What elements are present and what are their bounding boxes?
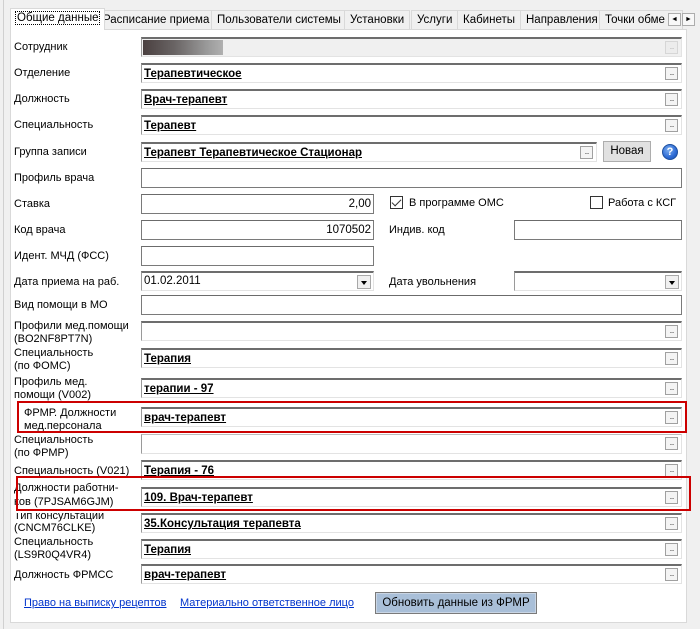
frmss-position-field[interactable]: врач-терапевт ... — [141, 564, 682, 584]
specialty-ls9-label-2: (LS9R0Q4VR4) — [14, 549, 91, 561]
specialty-field[interactable]: Терапевт ... — [141, 115, 682, 135]
consultation-type-lookup-button[interactable]: ... — [665, 517, 678, 530]
worker-positions-field[interactable]: 109. Врач-терапевт ... — [141, 487, 682, 507]
worker-positions-label-2: ков (7PJSAM6GJM) — [14, 496, 113, 508]
department-field[interactable]: Терапевтическое ... — [141, 63, 682, 83]
care-profiles-label-2: (BO2NF8PT7N) — [14, 333, 92, 345]
record-group-value: Терапевт Терапевтическое Стационар — [144, 146, 362, 160]
specialty-frmr-label-2: (по ФРМР) — [14, 447, 69, 459]
record-group-lookup-button[interactable]: ... — [580, 146, 593, 159]
hire-date-dropdown-icon[interactable] — [357, 275, 371, 289]
employee-label: Сотрудник — [14, 41, 67, 53]
frmr-positions-label-2: мед.персонала — [24, 420, 102, 432]
update-from-frmr-button[interactable]: Обновить данные из ФРМР — [375, 592, 537, 614]
dots-icon: ... — [670, 353, 674, 362]
doctor-code-input[interactable]: 1070502 — [141, 220, 374, 240]
specialty-v021-label: Специальность (V021) — [14, 465, 129, 477]
specialty-value: Терапевт — [144, 119, 196, 133]
specialty-v021-value: Терапия - 76 — [144, 464, 214, 478]
position-value: Врач-терапевт — [144, 93, 227, 107]
specialty-foms-label-2: (по ФОМС) — [14, 360, 70, 372]
specialty-frmr-lookup-button[interactable]: ... — [665, 437, 678, 450]
department-value: Терапевтическое — [144, 67, 242, 81]
doctor-profile-label: Профиль врача — [14, 172, 94, 184]
specialty-ls9-value: Терапия — [144, 543, 191, 557]
ksg-work-checkbox[interactable] — [590, 196, 603, 209]
tab-settings[interactable]: Установки — [344, 10, 410, 29]
hire-date-picker[interactable]: 01.02.2011 — [141, 271, 374, 291]
care-profile-v002-label-2: помощи (V002) — [14, 389, 91, 401]
care-type-input[interactable] — [141, 295, 682, 315]
specialty-foms-label-1: Специальность — [14, 347, 93, 359]
consultation-type-field[interactable]: 35.Консультация терапевта ... — [141, 513, 682, 533]
dots-icon: ... — [670, 412, 674, 421]
dots-icon: ... — [670, 326, 674, 335]
mchd-id-input[interactable] — [141, 246, 374, 266]
specialty-ls9-lookup-button[interactable]: ... — [665, 543, 678, 556]
frmss-position-label: Должность ФРМСС — [14, 569, 113, 581]
dots-icon: ... — [670, 465, 674, 474]
worker-positions-label-1: Должности работни- — [14, 482, 119, 494]
dots-icon: ... — [670, 120, 674, 129]
worker-positions-value: 109. Врач-терапевт — [144, 491, 253, 505]
specialty-v021-field[interactable]: Терапия - 76 ... — [141, 460, 682, 480]
dismissal-date-picker[interactable] — [514, 271, 682, 291]
oms-program-label: В программе ОМС — [409, 197, 504, 209]
specialty-foms-value: Терапия — [144, 352, 191, 366]
tab-scroll-left-button[interactable]: ◄ — [668, 13, 681, 26]
tab-scroll-right-button[interactable]: ► — [682, 13, 695, 26]
window-left-edge — [0, 0, 4, 629]
care-profile-v002-value: терапии - 97 — [144, 382, 214, 396]
department-label: Отделение — [14, 67, 70, 79]
tab-strip: Общие данные Расписание приема Пользоват… — [10, 9, 700, 29]
care-profiles-field[interactable]: ... — [141, 321, 682, 341]
care-type-label: Вид помощи в МО — [14, 299, 108, 311]
care-profiles-lookup-button[interactable]: ... — [665, 325, 678, 338]
doctor-code-label: Код врача — [14, 224, 65, 236]
specialty-frmr-label-1: Специальность — [14, 434, 93, 446]
new-record-group-button[interactable]: Новая — [603, 141, 651, 162]
employee-lookup-button[interactable]: ... — [665, 41, 678, 54]
window-right-edge — [689, 29, 700, 629]
rate-label: Ставка — [14, 198, 50, 210]
hire-date-label: Дата приема на раб. — [14, 276, 119, 288]
oms-program-checkbox[interactable] — [390, 196, 403, 209]
frmr-positions-label-1: ФРМР. Должности — [24, 407, 116, 419]
worker-positions-lookup-button[interactable]: ... — [665, 491, 678, 504]
specialty-v021-lookup-button[interactable]: ... — [665, 464, 678, 477]
tab-schedule[interactable]: Расписание приема — [97, 10, 215, 29]
ksg-work-label: Работа с КСГ — [608, 197, 676, 209]
dots-icon: ... — [670, 544, 674, 553]
care-profiles-label-1: Профили мед.помощи — [14, 320, 129, 332]
consultation-type-value: 35.Консультация терапевта — [144, 517, 301, 531]
dots-icon: ... — [585, 147, 589, 156]
tab-label: Общие данные — [16, 12, 99, 24]
consultation-type-label-2: (CNCM76CLKE) — [14, 522, 95, 534]
specialty-frmr-field[interactable]: ... — [141, 434, 682, 454]
tab-cabinets[interactable]: Кабинеты — [457, 10, 521, 29]
hire-date-value: 01.02.2011 — [144, 275, 201, 288]
mchd-id-label: Идент. МЧД (ФСС) — [14, 250, 109, 262]
dots-icon: ... — [670, 94, 674, 103]
position-field[interactable]: Врач-терапевт ... — [141, 89, 682, 109]
specialty-foms-lookup-button[interactable]: ... — [665, 352, 678, 365]
frmss-position-lookup-button[interactable]: ... — [665, 568, 678, 581]
care-profile-v002-field[interactable]: терапии - 97 ... — [141, 378, 682, 398]
employee-name-redacted — [143, 40, 223, 55]
doctor-code-value: 1070502 — [326, 224, 371, 237]
tab-services[interactable]: Услуги — [411, 10, 458, 29]
responsible-person-link[interactable]: Материально ответственное лицо — [180, 597, 354, 609]
position-lookup-button[interactable]: ... — [665, 93, 678, 106]
frmss-position-value: врач-терапевт — [144, 568, 226, 582]
employee-field[interactable]: ... — [141, 37, 682, 57]
individual-code-label: Индив. код — [389, 224, 445, 236]
tab-directions[interactable]: Направления — [520, 10, 604, 29]
specialty-label: Специальность — [14, 119, 93, 131]
specialty-ls9-label-1: Специальность — [14, 536, 93, 548]
dots-icon: ... — [670, 569, 674, 578]
record-group-label: Группа записи — [14, 146, 87, 158]
care-profile-v002-lookup-button[interactable]: ... — [665, 382, 678, 395]
dismissal-date-dropdown-icon[interactable] — [665, 275, 679, 289]
frmr-positions-lookup-button[interactable]: ... — [665, 411, 678, 424]
individual-code-input[interactable] — [514, 220, 682, 240]
dots-icon: ... — [670, 68, 674, 77]
specialty-ls9-field[interactable]: Терапия ... — [141, 539, 682, 559]
prescription-rights-link[interactable]: Право на выписку рецептов — [24, 597, 167, 609]
specialty-lookup-button[interactable]: ... — [665, 119, 678, 132]
help-icon[interactable]: ? — [662, 144, 678, 160]
dots-icon: ... — [670, 492, 674, 501]
tab-system-users[interactable]: Пользователи системы — [211, 10, 347, 29]
dismissal-date-label: Дата увольнения — [389, 276, 476, 288]
department-lookup-button[interactable]: ... — [665, 67, 678, 80]
frmr-positions-value: врач-терапевт — [144, 411, 226, 425]
dots-icon: ... — [670, 438, 674, 447]
dots-icon: ... — [670, 42, 674, 51]
rate-input[interactable]: 2,00 — [141, 194, 374, 214]
frmr-positions-field[interactable]: врач-терапевт ... — [141, 407, 682, 427]
doctor-profile-input[interactable] — [141, 168, 682, 188]
care-profile-v002-label-1: Профиль мед. — [14, 376, 87, 388]
record-group-field[interactable]: Терапевт Терапевтическое Стационар ... — [141, 142, 597, 162]
dots-icon: ... — [670, 383, 674, 392]
dots-icon: ... — [670, 518, 674, 527]
position-label: Должность — [14, 93, 70, 105]
specialty-foms-field[interactable]: Терапия ... — [141, 348, 682, 368]
tab-general[interactable]: Общие данные — [10, 8, 105, 30]
rate-value: 2,00 — [349, 198, 371, 211]
